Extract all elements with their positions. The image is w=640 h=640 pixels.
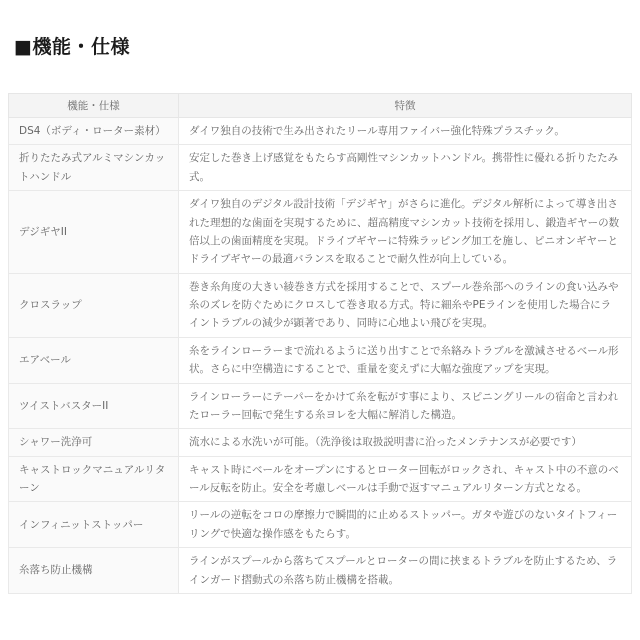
product-spec-page: ■機能・仕様 機能・仕様 特徴 DS4（ボディ・ローター素材） ダイワ独自の技術… (0, 0, 640, 640)
description-cell: 巻き糸角度の大きい綾巻き方式を採用することで、スプール巻糸部へのラインの食い込み… (179, 273, 632, 337)
section-title: ■機能・仕様 (14, 32, 640, 59)
spec-row-folding-handle: 折りたたみ式アルミマシンカットハンドル 安定した巻き上げ感覚をもたらす高剛性マシ… (9, 145, 632, 191)
description-column-header: 特徴 (179, 94, 632, 118)
description-cell: ダイワ独自の技術で生み出されたリール専用ファイバー強化特殊プラスチック。 (179, 118, 632, 145)
description-cell: 安定した巻き上げ感覚をもたらす高剛性マシンカットハンドル。携帯性に優れる折りたた… (179, 145, 632, 191)
description-cell: ダイワ独自のデジタル設計技術「デジギヤ」がさらに進化。デジタル解析によって導き出… (179, 191, 632, 274)
feature-cell: DS4（ボディ・ローター素材） (9, 118, 179, 145)
spec-table: 機能・仕様 特徴 DS4（ボディ・ローター素材） ダイワ独自の技術で生み出された… (8, 93, 632, 594)
description-cell: ラインがスプールから落ちてスプールとローターの間に挟まるトラブルを防止するため、… (179, 548, 632, 594)
feature-cell: インフィニットストッパー (9, 502, 179, 548)
spec-row-castlock-manual-return: キャストロックマニュアルリターン キャスト時にベールをオープンにするとローター回… (9, 456, 632, 502)
feature-cell: シャワー洗浄可 (9, 429, 179, 456)
feature-column-header: 機能・仕様 (9, 94, 179, 118)
spec-row-crosswrap: クロスラップ 巻き糸角度の大きい綾巻き方式を採用することで、スプール巻糸部へのラ… (9, 273, 632, 337)
spec-row-shower-washable: シャワー洗浄可 流水による水洗いが可能。（洗浄後は取扱説明書に沿ったメンテナンス… (9, 429, 632, 456)
spec-row-airbail: エアベール 糸をラインローラーまで流れるように送り出すことで糸絡みトラブルを激減… (9, 337, 632, 383)
description-cell: 流水による水洗いが可能。（洗浄後は取扱説明書に沿ったメンテナンスが必要です） (179, 429, 632, 456)
feature-cell: 糸落ち防止機構 (9, 548, 179, 594)
description-cell: キャスト時にベールをオープンにするとローター回転がロックされ、キャスト中の不意の… (179, 456, 632, 502)
feature-cell: 折りたたみ式アルミマシンカットハンドル (9, 145, 179, 191)
description-cell: リールの逆転をコロの摩擦力で瞬間的に止めるストッパー。ガタや遊びのないタイトフィ… (179, 502, 632, 548)
feature-cell: クロスラップ (9, 273, 179, 337)
spec-row-infinite-stopper: インフィニットストッパー リールの逆転をコロの摩擦力で瞬間的に止めるストッパー。… (9, 502, 632, 548)
spec-row-twistbuster2: ツイストバスターII ラインローラーにテーパーをかけて糸を転がす事により、スピニ… (9, 383, 632, 429)
feature-cell: ツイストバスターII (9, 383, 179, 429)
spec-row-digigear2: デジギヤII ダイワ独自のデジタル設計技術「デジギヤ」がさらに進化。デジタル解析… (9, 191, 632, 274)
spec-row-ds4: DS4（ボディ・ローター素材） ダイワ独自の技術で生み出されたリール専用ファイバ… (9, 118, 632, 145)
feature-cell: デジギヤII (9, 191, 179, 274)
feature-cell: エアベール (9, 337, 179, 383)
description-cell: 糸をラインローラーまで流れるように送り出すことで糸絡みトラブルを激減させるベール… (179, 337, 632, 383)
feature-cell: キャストロックマニュアルリターン (9, 456, 179, 502)
spec-header-row: 機能・仕様 特徴 (9, 94, 632, 118)
spec-row-line-drop-prevention: 糸落ち防止機構 ラインがスプールから落ちてスプールとローターの間に挟まるトラブル… (9, 548, 632, 594)
description-cell: ラインローラーにテーパーをかけて糸を転がす事により、スピニングリールの宿命と言わ… (179, 383, 632, 429)
